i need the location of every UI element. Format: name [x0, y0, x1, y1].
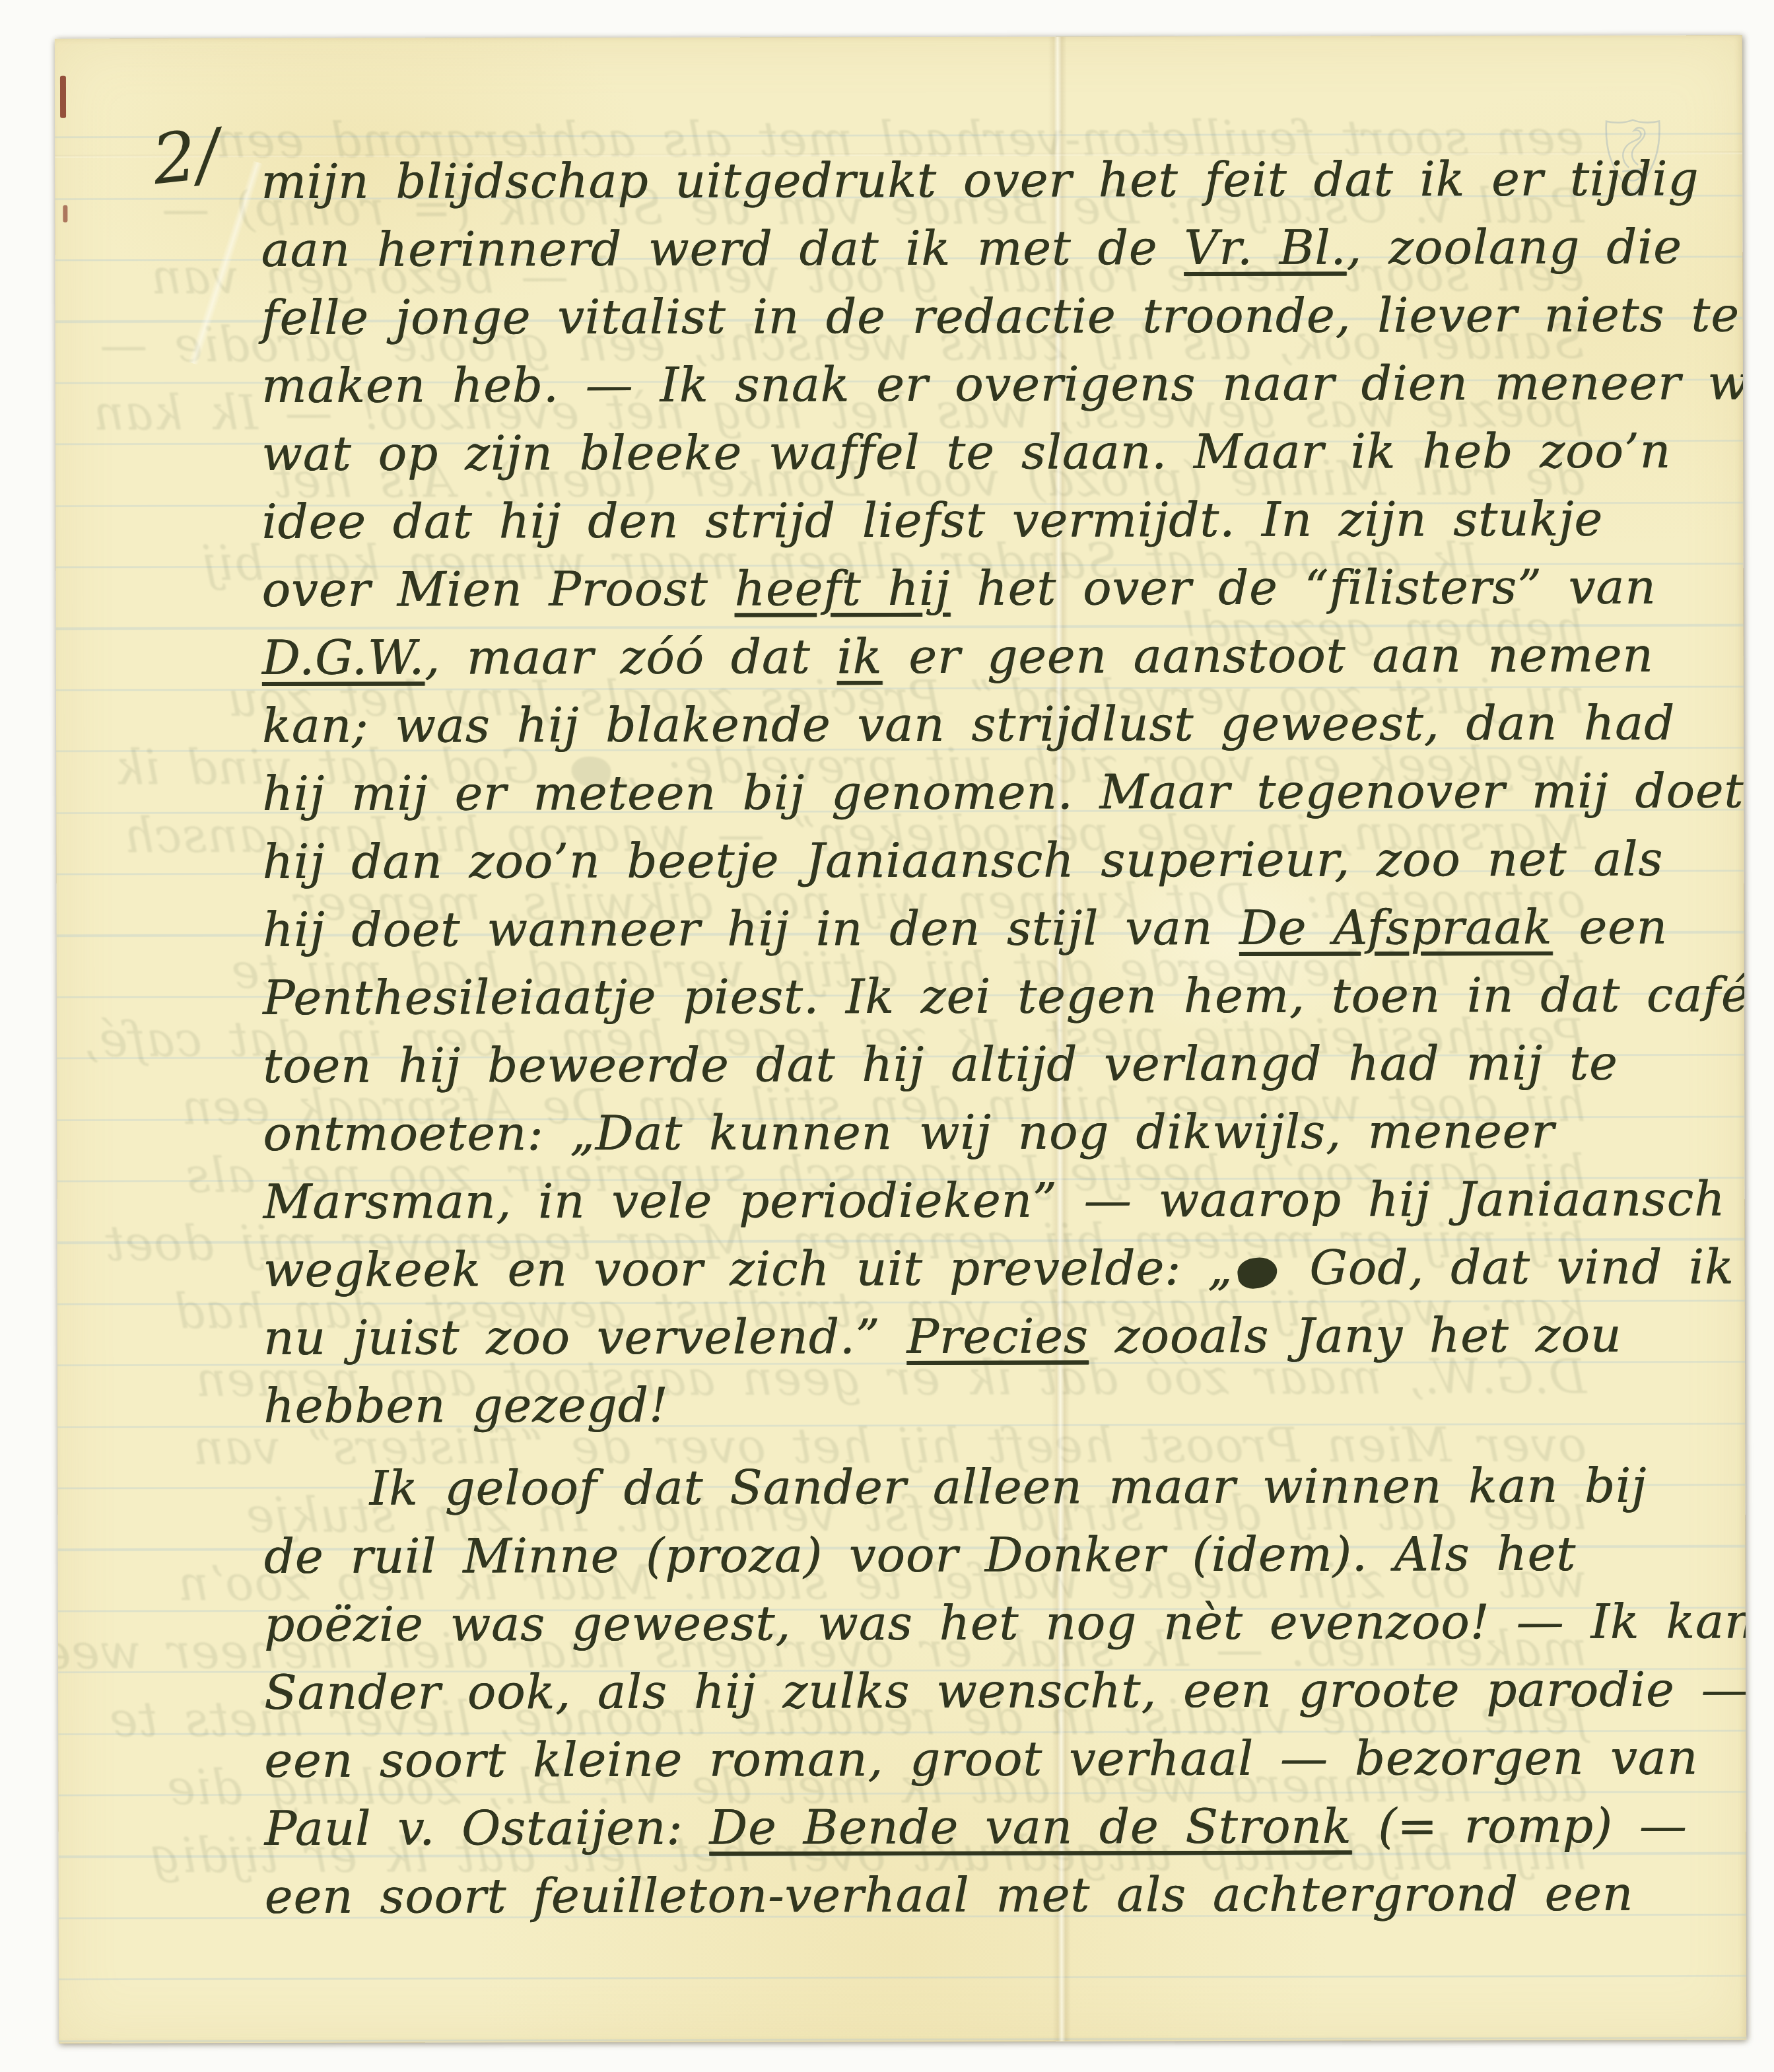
page-number: 2/ [149, 113, 224, 200]
letter-line: hij doet wanneer hij in den stijl van De… [263, 893, 1718, 964]
letter-line: idee dat hij den strijd liefst vermijdt.… [261, 485, 1717, 556]
ink-blot [1235, 1255, 1279, 1291]
handwriting-text: Ik geloof dat Sander alleen maar winnen … [369, 1458, 1647, 1516]
handwriting-text: , zoolang die [1346, 219, 1682, 275]
letter-line: wat op zijn bleeke waffel te slaan. Maar… [261, 417, 1717, 488]
handwriting-text: kan; was hij blakende van strijdlust gew… [262, 695, 1675, 753]
handwriting-text: felle jonge vitalist in de redactie troo… [261, 287, 1740, 345]
handwriting-text: wegkeek en voor zich uit prevelde: „ [263, 1240, 1233, 1297]
letter-line: felle jonge vitalist in de redactie troo… [261, 281, 1717, 352]
letter-line: aan herinnerd werd dat ik met de Vr. Bl.… [261, 213, 1716, 284]
handwriting-text: maken heb. — Ik snak er overigens naar d… [261, 355, 1746, 413]
letter-line: hebben gezegd! [263, 1369, 1719, 1440]
handwriting-text: er geen aanstoot aan nemen [882, 627, 1654, 684]
handwriting-text: wat op zijn bleeke waffel te slaan. Maar… [261, 423, 1671, 481]
underlined-word: De Bende van de Stronk [709, 1799, 1351, 1855]
handwriting-text: poëzie was geweest, was het nog nèt even… [264, 1593, 1746, 1652]
handwriting-text: een soort feuilleton-verhaal met als ach… [265, 1866, 1634, 1924]
handwriting-text: toen hij beweerde dat hij altijd verlang… [263, 1035, 1618, 1093]
handwriting-text: (= romp) — [1351, 1798, 1687, 1854]
letter-line: Sander ook, als hij zulks wenscht, een g… [264, 1655, 1719, 1727]
handwriting-text: over Mien Proost [261, 561, 734, 617]
letter-line: over Mien Proost heeft hij het over de “… [261, 553, 1717, 624]
handwriting-text: hij dan zoo’n beetje Janiaansch superieu… [262, 831, 1663, 889]
letter-line: hij dan zoo’n beetje Janiaansch superieu… [262, 825, 1717, 896]
handwriting-text: Penthesileiaatje piest. Ik zei tegen hem… [263, 967, 1746, 1025]
handwriting-text: het over de “filisters” van [950, 559, 1656, 616]
scan-artifact [60, 76, 66, 118]
underlined-word: De Afspraak [1239, 899, 1553, 955]
letter-line: D.G.W., maar zóó dat ik er geen aanstoot… [262, 621, 1717, 692]
handwriting-text: nu juist zoo vervelend.” [263, 1309, 906, 1365]
letter-line: Ik geloof dat Sander alleen maar winnen … [369, 1451, 1719, 1522]
letter-line: kan; was hij blakende van strijdlust gew… [262, 689, 1717, 760]
handwriting-text: een soort kleine roman, groot verhaal — … [264, 1729, 1698, 1788]
handwriting-text: hij mij er meteen bij genomen. Maar tege… [262, 763, 1744, 821]
letter-line: mijn blijdschap uitgedrukt over het feit… [261, 145, 1716, 216]
letter-line: de ruil Minne (proza) voor Donker (idem)… [264, 1519, 1719, 1591]
handwriting-text: mijn blijdschap uitgedrukt over het feit… [261, 151, 1699, 209]
underlined-word: ik [836, 629, 882, 684]
letter-line: maken heb. — Ik snak er overigens naar d… [261, 349, 1717, 420]
letter-line: poëzie was geweest, was het nog nèt even… [264, 1587, 1719, 1659]
letter-line: Paul v. Ostaijen: De Bende van de Stronk… [264, 1791, 1719, 1863]
underlined-word: Vr. Bl. [1184, 220, 1346, 276]
handwriting-text: idee dat hij den strijd liefst vermijdt.… [261, 491, 1603, 549]
handwriting-text: een [1552, 899, 1668, 955]
handwriting-text: Paul v. Ostaijen: [264, 1800, 709, 1856]
underlined-word: heeft hij [734, 561, 950, 617]
letter-line: nu juist zoo vervelend.” Precies zooals … [263, 1301, 1719, 1372]
handwriting-text: ontmoeten: „Dat kunnen wij nog dikwijls,… [263, 1103, 1554, 1161]
letter-line: Penthesileiaatje piest. Ik zei tegen hem… [263, 961, 1718, 1032]
letter-line: wegkeek en voor zich uit prevelde: „ God… [263, 1233, 1719, 1304]
handwriting-text: Marsman, in vele periodieken” — waarop h… [263, 1171, 1725, 1229]
underlined-word: D.G.W. [262, 630, 425, 686]
handwriting-text: hebben gezegd! [263, 1377, 669, 1433]
handwriting-text: Sander ook, als hij zulks wenscht, een g… [264, 1661, 1746, 1720]
letter-line: een soort kleine roman, groot verhaal — … [264, 1723, 1719, 1795]
letter-line: een soort feuilleton-verhaal met als ach… [265, 1859, 1720, 1931]
scan-background: { "document": { "type": "handwritten-let… [0, 0, 1774, 2072]
letter-line: toen hij beweerde dat hij altijd verlang… [263, 1029, 1718, 1100]
handwriting-text: hij doet wanneer hij in den stijl van [263, 900, 1239, 957]
letter-line: ontmoeten: „Dat kunnen wij nog dikwijls,… [263, 1097, 1718, 1168]
letter-line: hij mij er meteen bij genomen. Maar tege… [262, 757, 1717, 828]
scan-artifact [63, 205, 67, 223]
letter-body: mijn blijdschap uitgedrukt over het feit… [261, 145, 1720, 1931]
handwriting-text: zooals Jany het zou [1089, 1307, 1622, 1364]
underlined-word: Precies [906, 1308, 1089, 1364]
handwriting-text: de ruil Minne (proza) voor Donker (idem)… [264, 1526, 1577, 1584]
paper-sheet: 2/ een soort feuilleton-verhaal met als … [55, 35, 1746, 2043]
handwriting-text: God, dat vind ik [1283, 1239, 1734, 1295]
handwriting-text: aan herinnerd werd dat ik met de [261, 220, 1184, 277]
letter-line: Marsman, in vele periodieken” — waarop h… [263, 1165, 1718, 1236]
handwriting-text: , maar zóó dat [425, 629, 837, 685]
